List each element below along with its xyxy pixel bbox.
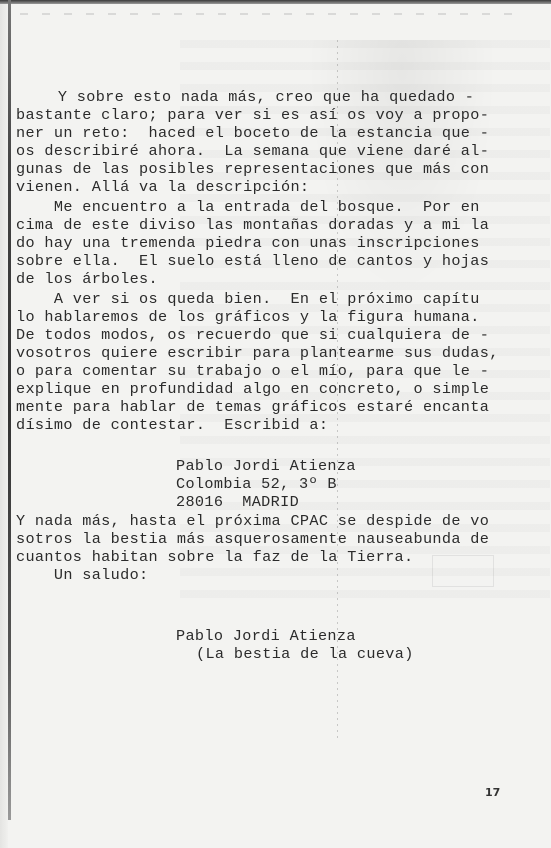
text-line: A ver si os queda bien. En el próximo ca…: [16, 290, 480, 308]
text-line: do hay una tremenda piedra con unas insc…: [16, 234, 480, 252]
text-line: mente para hablar de temas gráficos esta…: [16, 398, 489, 416]
text-line: de los árboles.: [16, 270, 158, 288]
page-number: 17: [485, 786, 500, 799]
greeting: Un saludo:: [16, 566, 149, 584]
text-line: os describiré ahora. La semana que viene…: [16, 142, 489, 160]
text-line: sotros la bestia más asquerosamente naus…: [16, 530, 489, 548]
binding-shadow: [0, 0, 8, 848]
text-line: vienen. Allá va la descripción:: [16, 178, 309, 196]
text-line: Me encuentro a la entrada del bosque. Po…: [16, 198, 480, 216]
text-line: lo hablaremos de los gráficos y la figur…: [16, 308, 480, 326]
text-line: cima de este diviso las montañas doradas…: [16, 216, 489, 234]
text-line: o para comentar su trabajo o el mío, par…: [16, 362, 489, 380]
address-street: Colombia 52, 3º B: [176, 475, 337, 493]
text-line: De todos modos, os recuerdo que si cualq…: [16, 326, 489, 344]
text-line: sobre ella. El suelo está lleno de canto…: [16, 252, 489, 270]
text-line: dísimo de contestar. Escribid a:: [16, 416, 328, 434]
signature-name: Pablo Jordi Atienza: [176, 627, 356, 645]
text-line: Y sobre esto nada más, creo que ha queda…: [20, 88, 474, 106]
text-line: bastante claro; para ver si es así os vo…: [16, 106, 489, 124]
text-line: ner un reto: haced el boceto de la estan…: [16, 124, 489, 142]
page-top-edge: [0, 0, 551, 4]
text-line: gunas de las posibles representaciones q…: [16, 160, 489, 178]
text-line: explique en profundidad algo en concreto…: [16, 380, 489, 398]
showthrough-box: [432, 555, 494, 587]
text-line: Y nada más, hasta el próxima CPAC se des…: [16, 512, 489, 530]
text-line: vosotros quiere escribir para plantearme…: [16, 344, 499, 362]
text-line: cuantos habitan sobre la faz de la Tierr…: [16, 548, 414, 566]
signature-alias: (La bestia de la cueva): [196, 645, 414, 663]
address-city: 28016 MADRID: [176, 493, 299, 511]
binding-edge: [8, 0, 11, 820]
address-name: Pablo Jordi Atienza: [176, 457, 356, 475]
scan-speckle: [20, 13, 520, 15]
